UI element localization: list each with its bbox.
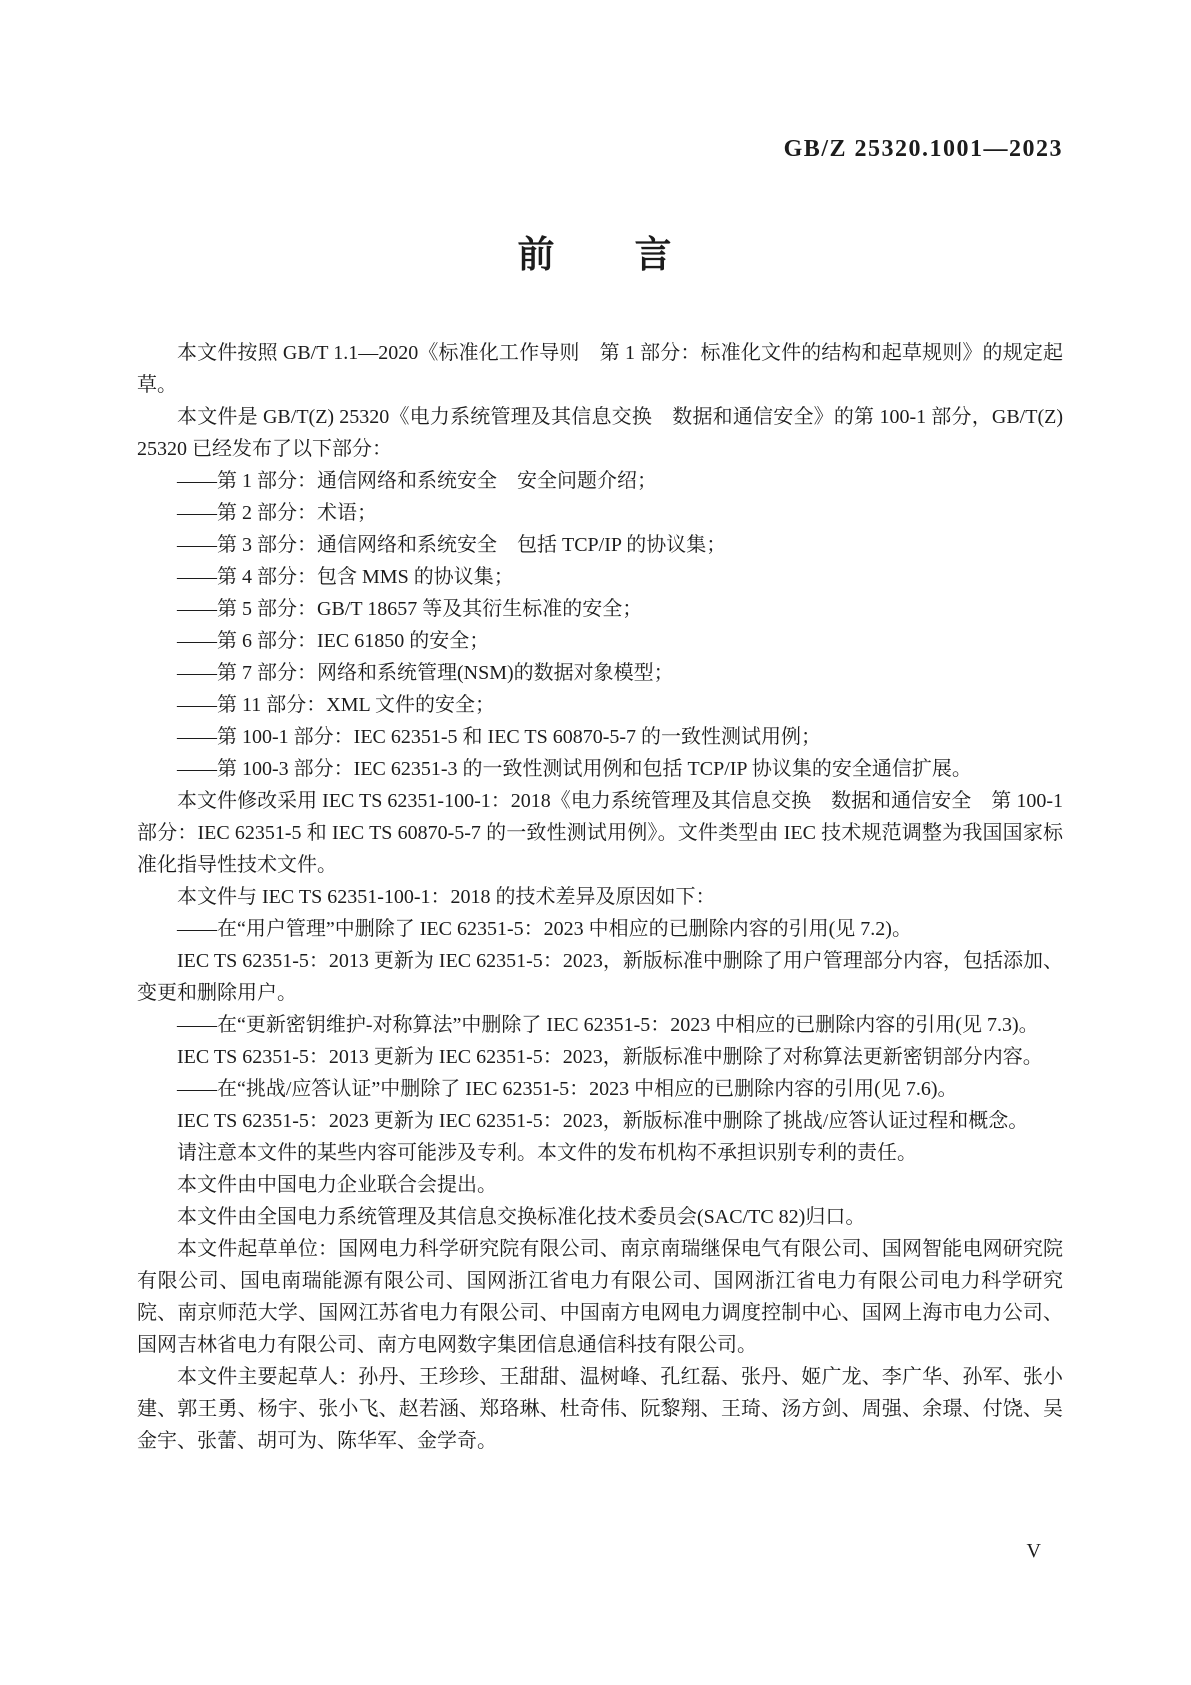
list-item-difference: ——在“用户管理”中删除了 IEC 62351-5：2023 中相应的已删除内容… xyxy=(137,913,1063,945)
paragraph: 本文件按照 GB/T 1.1—2020《标准化工作导则 第 1 部分：标准化文件… xyxy=(137,337,1063,401)
paragraph: 请注意本文件的某些内容可能涉及专利。本文件的发布机构不承担识别专利的责任。 xyxy=(137,1137,1063,1169)
list-item-part: ——第 7 部分：网络和系统管理(NSM)的数据对象模型； xyxy=(137,657,1063,689)
paragraph: IEC TS 62351-5：2013 更新为 IEC 62351-5：2023… xyxy=(137,945,1063,1009)
list-item-difference: ——在“挑战/应答认证”中删除了 IEC 62351-5：2023 中相应的已删… xyxy=(137,1073,1063,1105)
paragraph-drafters: 本文件主要起草人：孙丹、王珍珍、王甜甜、温树峰、孔红磊、张丹、姬广龙、李广华、孙… xyxy=(137,1361,1063,1457)
page-title: 前 言 xyxy=(0,224,1191,278)
document-page: GB/Z 25320.1001—2023 前 言 本文件按照 GB/T 1.1—… xyxy=(0,0,1191,1685)
list-item-part: ——第 3 部分：通信网络和系统安全 包括 TCP/IP 的协议集； xyxy=(137,529,1063,561)
paragraph: 本文件是 GB/T(Z) 25320《电力系统管理及其信息交换 数据和通信安全》… xyxy=(137,401,1063,465)
list-item-part: ——第 100-3 部分：IEC 62351-3 的一致性测试用例和包括 TCP… xyxy=(137,753,1063,785)
paragraph: IEC TS 62351-5：2023 更新为 IEC 62351-5：2023… xyxy=(137,1105,1063,1137)
list-item-part: ——第 2 部分：术语； xyxy=(137,497,1063,529)
paragraph: 本文件修改采用 IEC TS 62351-100-1：2018《电力系统管理及其… xyxy=(137,785,1063,881)
page-number: V xyxy=(1027,1540,1041,1563)
paragraph: IEC TS 62351-5：2013 更新为 IEC 62351-5：2023… xyxy=(137,1041,1063,1073)
list-item-part: ——第 11 部分：XML 文件的安全； xyxy=(137,689,1063,721)
paragraph: 本文件由中国电力企业联合会提出。 xyxy=(137,1169,1063,1201)
list-item-part: ——第 1 部分：通信网络和系统安全 安全问题介绍； xyxy=(137,465,1063,497)
list-item-difference: ——在“更新密钥维护-对称算法”中删除了 IEC 62351-5：2023 中相… xyxy=(137,1009,1063,1041)
list-item-part: ——第 4 部分：包含 MMS 的协议集； xyxy=(137,561,1063,593)
list-item-part: ——第 100-1 部分：IEC 62351-5 和 IEC TS 60870-… xyxy=(137,721,1063,753)
list-item-part: ——第 5 部分：GB/T 18657 等及其衍生标准的安全； xyxy=(137,593,1063,625)
foreword-body: 本文件按照 GB/T 1.1—2020《标准化工作导则 第 1 部分：标准化文件… xyxy=(137,337,1063,1457)
standard-code-header: GB/Z 25320.1001—2023 xyxy=(784,136,1063,163)
list-item-part: ——第 6 部分：IEC 61850 的安全； xyxy=(137,625,1063,657)
paragraph: 本文件由全国电力系统管理及其信息交换标准化技术委员会(SAC/TC 82)归口。 xyxy=(137,1201,1063,1233)
paragraph-drafting-organizations: 本文件起草单位：国网电力科学研究院有限公司、南京南瑞继保电气有限公司、国网智能电… xyxy=(137,1233,1063,1361)
paragraph: 本文件与 IEC TS 62351-100-1：2018 的技术差异及原因如下： xyxy=(137,881,1063,913)
